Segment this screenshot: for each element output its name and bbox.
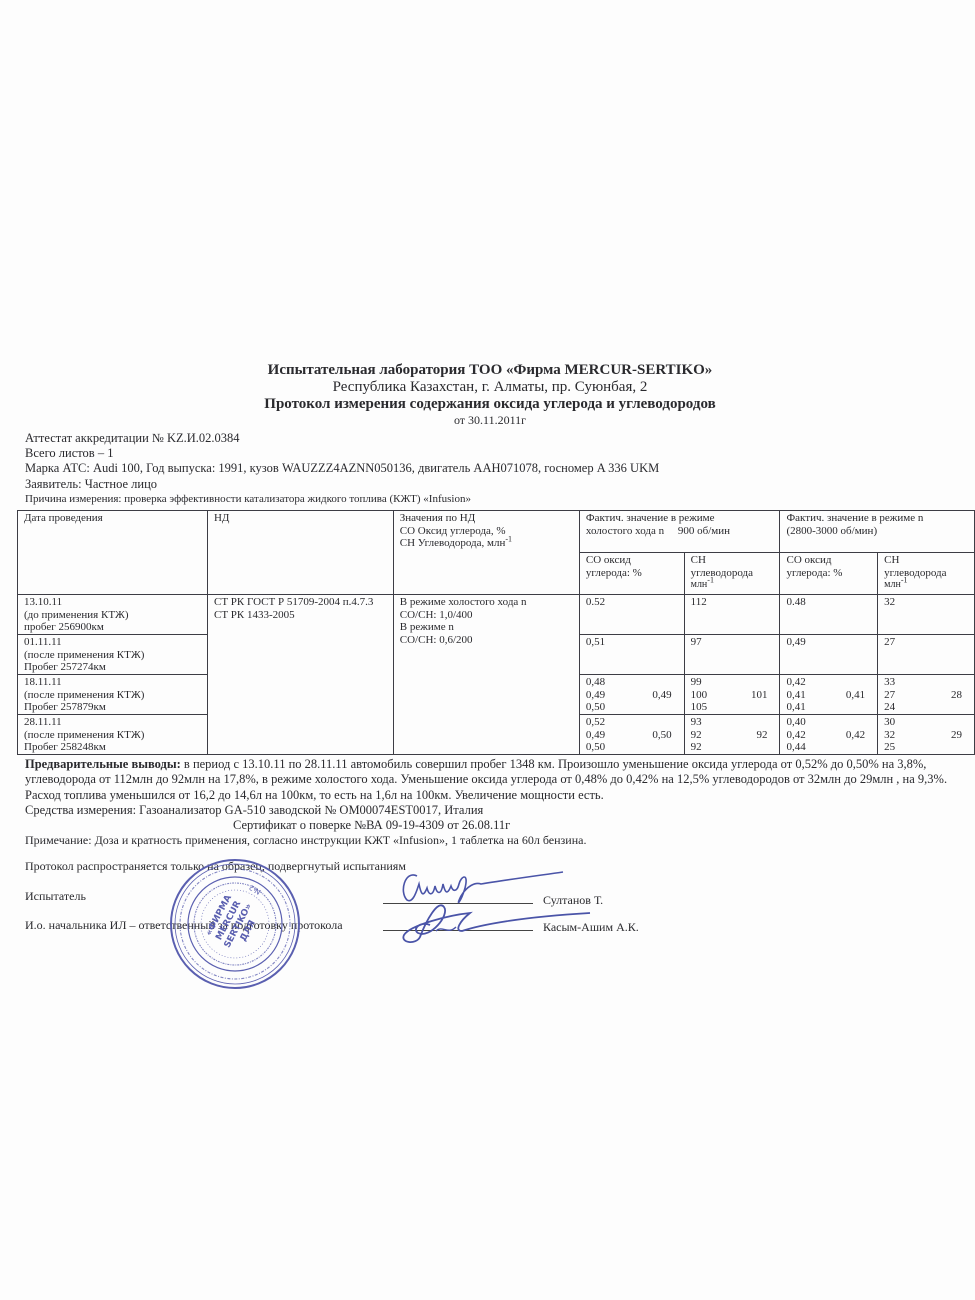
accreditation: Аттестат аккредитации № KZ.И.02.0384 [25,431,659,446]
measurement-readings: 939292 [691,716,702,754]
protocol-title: Протокол измерения содержания оксида угл… [200,396,780,413]
preliminary-conclusions: Предварительные выводы: в период с 13.10… [25,757,970,803]
header-idle-ch: СНуглеводорода млн-1 [684,553,780,595]
head-signature-icon [390,895,600,947]
header-high-ch: СНуглеводорода млн-1 [878,553,975,595]
row-date-cell: 18.11.11(после применения КТЖ)Пробег 257… [18,675,208,715]
header-high-co: СО оксидуглерода: % [780,553,878,595]
idle-co-value: 0,51 [579,635,684,675]
high-ch-value: 27 [878,635,975,675]
row-date-cell: 01.11.11(после применения КТЖ)Пробег 257… [18,635,208,675]
tester-label: Испытатель [25,889,86,904]
measurement-instrument: Средства измерения: Газоанализатор GA-51… [25,803,970,818]
measurement-readings: 99100105 [691,676,708,714]
high-ch-value: 32 [878,595,975,635]
measurement-average: 0,42 [846,729,873,742]
header-high-mode: Фактич. значение в режиме n (2800-3000 о… [780,511,975,553]
idle-ch-value: 112 [684,595,780,635]
measurement-average: 29 [951,729,970,742]
row-date-cell: 28.11.11(после применения КТЖ)Пробег 258… [18,715,208,755]
application-note: Примечание: Доза и кратность применения,… [25,833,970,848]
document-header: Испытательная лаборатория ТОО «Фирма MER… [200,362,780,428]
sheet-count: Всего листов – 1 [25,446,659,461]
document-page: Испытательная лаборатория ТОО «Фирма MER… [0,0,975,1300]
company-stamp-icon: «ФИРМА MERCUR SERTIKO» ДЛЯ №2 [167,856,303,992]
measurement-readings: 303225 [884,716,895,754]
high-co-triple: 0,400,420,440,42 [780,715,878,755]
table-header-row: Дата проведения НД Значения по НД СО Окс… [18,511,975,553]
idle-ch-value: 97 [684,635,780,675]
measurement-readings: 0,420,410,41 [786,676,805,714]
applicant: Заявитель: Частное лицо [25,477,659,492]
measurement-average: 92 [756,729,775,742]
measurement-average: 0,41 [846,689,873,702]
measurement-average: 0,49 [652,689,679,702]
measurement-average: 101 [751,689,776,702]
protocol-meta: Аттестат аккредитации № KZ.И.02.0384 Все… [25,431,659,507]
header-idle-co: СО оксидуглерода: % [579,553,684,595]
vehicle-info: Марка АТС: Audi 100, Год выпуска: 1991, … [25,461,659,476]
lab-address: Республика Казахстан, г. Алматы, пр. Сую… [200,379,780,396]
idle-ch-triple: 93929292 [684,715,780,755]
nd-documents: СТ РК ГОСТ Р 51709-2004 п.4.7.3СТ РК 143… [207,595,393,755]
idle-ch-triple: 99100105101 [684,675,780,715]
protocol-date: от 30.11.2011г [200,413,780,428]
measurement-readings: 0,400,420,44 [786,716,805,754]
measurement-average: 0,50 [652,729,679,742]
header-idle-mode: Фактич. значение в режиме холостого хода… [579,511,780,553]
header-date: Дата проведения [18,511,208,595]
table-row: 13.10.11(до применения КТЖ)пробег 256900… [18,595,975,635]
header-nd-values: Значения по НД СО Оксид углерода, % СН У… [393,511,579,595]
calibration-certificate: Сертификат о поверке №ВА 09-19-4309 от 2… [25,818,970,833]
high-co-value: 0.48 [780,595,878,635]
lab-name: Испытательная лаборатория ТОО «Фирма MER… [200,362,780,379]
idle-co-value: 0.52 [579,595,684,635]
conclusions-block: Предварительные выводы: в период с 13.10… [25,757,970,849]
measurement-reason: Причина измерения: проверка эффективност… [25,492,659,507]
idle-co-triple: 0,480,490,500,49 [579,675,684,715]
measurement-readings: 332724 [884,676,895,714]
measurement-average: 28 [951,689,970,702]
measurement-readings: 0,520,490,50 [586,716,605,754]
high-ch-triple: 30322529 [878,715,975,755]
row-date-cell: 13.10.11(до применения КТЖ)пробег 256900… [18,595,208,635]
high-ch-triple: 33272428 [878,675,975,715]
results-table: Дата проведения НД Значения по НД СО Окс… [17,510,975,755]
nd-limit-values: В режиме холостого хода nCO/CH: 1,0/400 … [393,595,579,755]
idle-co-triple: 0,520,490,500,50 [579,715,684,755]
header-nd: НД [207,511,393,595]
high-co-triple: 0,420,410,410,41 [780,675,878,715]
measurement-readings: 0,480,490,50 [586,676,605,714]
high-co-value: 0,49 [780,635,878,675]
